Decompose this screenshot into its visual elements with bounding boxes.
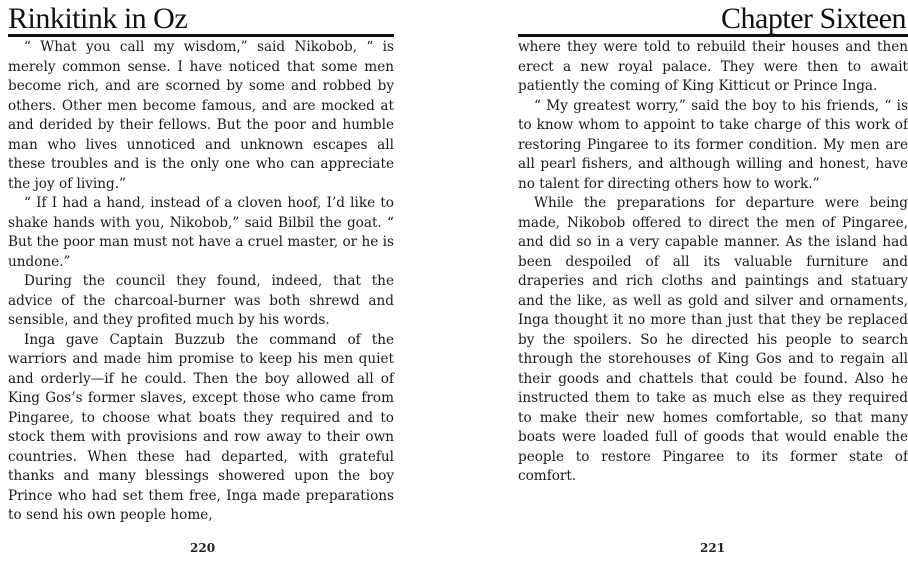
paragraph: “ My greatest worry,” said the boy to hi…	[518, 97, 908, 195]
paragraph: “ What you call my wisdom,” said Nikobob…	[8, 38, 394, 194]
page-number: 220	[190, 541, 215, 555]
paragraph: Inga gave Captain Buzzub the command of …	[8, 331, 394, 526]
right-page: Chapter Sixteen where they were told to …	[454, 0, 908, 561]
page-number: 221	[700, 541, 725, 555]
paragraph: During the council they found, indeed, t…	[8, 272, 394, 331]
right-page-body: where they were told to rebuild their ho…	[518, 38, 908, 487]
paragraph: While the preparations for departure wer…	[518, 194, 908, 487]
paragraph-continued: where they were told to rebuild their ho…	[518, 38, 908, 97]
left-page-body: “ What you call my wisdom,” said Nikobob…	[8, 38, 394, 526]
header-rule	[518, 34, 908, 37]
left-page: Rinkitink in Oz “ What you call my wisdo…	[0, 0, 454, 561]
paragraph: “ If I had a hand, instead of a cloven h…	[8, 194, 394, 272]
running-head-book-title: Rinkitink in Oz	[8, 2, 187, 36]
header-rule	[8, 34, 394, 37]
running-head-chapter-title: Chapter Sixteen	[721, 2, 906, 36]
